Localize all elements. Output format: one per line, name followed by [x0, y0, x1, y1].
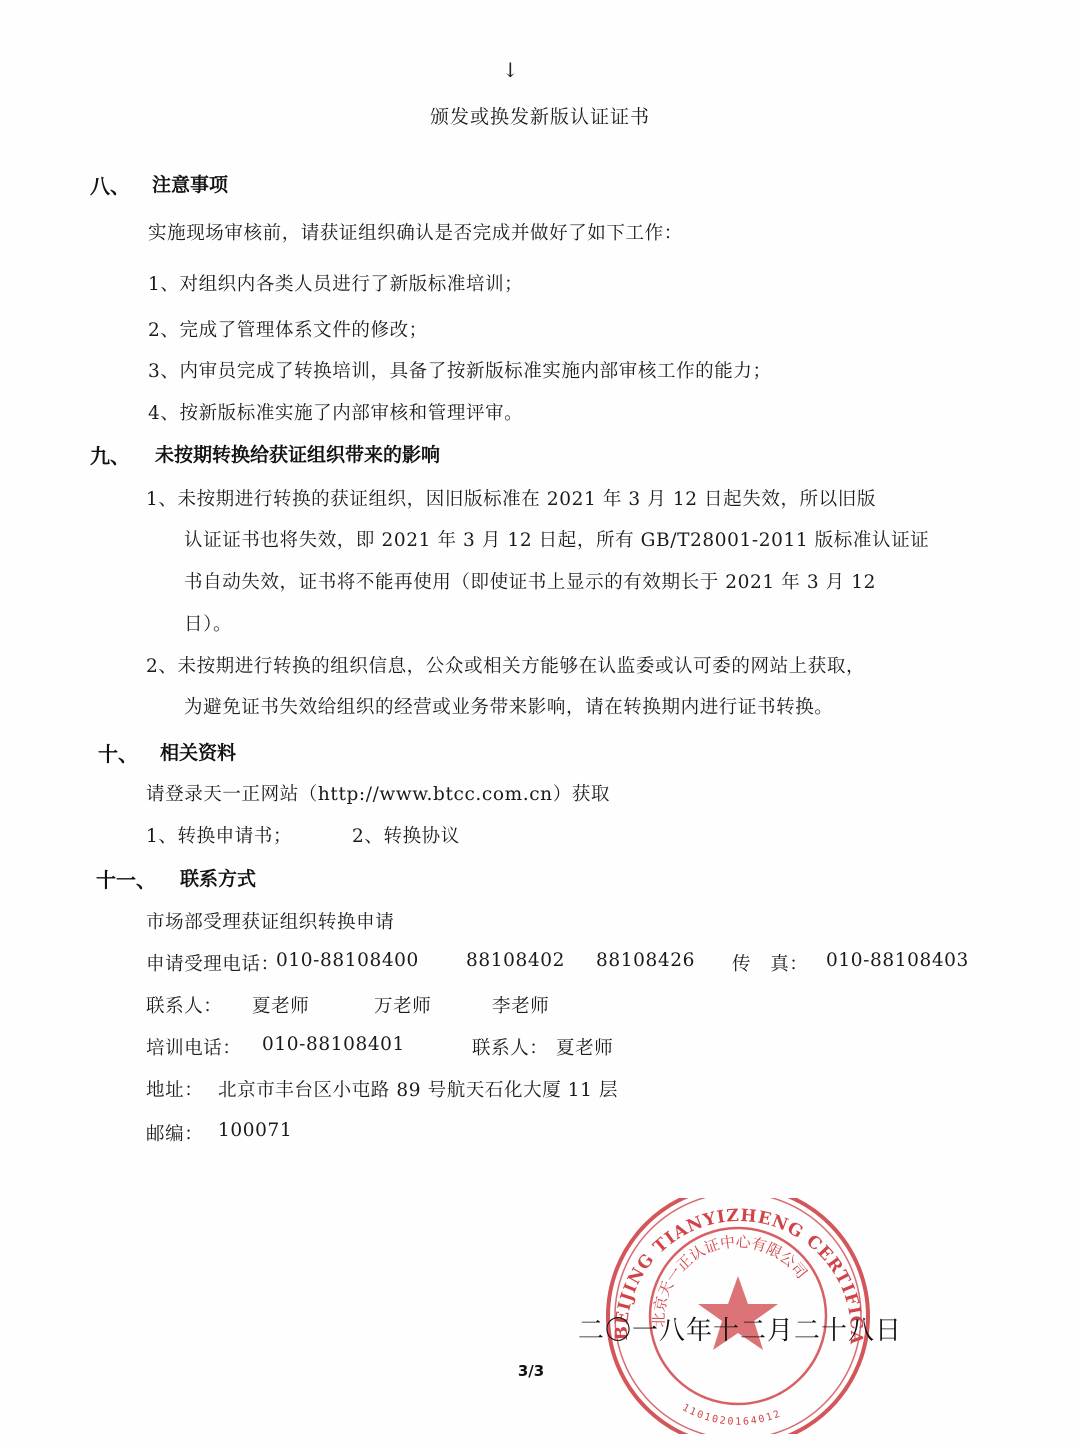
training-phone: 010-88108401 — [262, 1034, 405, 1055]
contact-3: 李老师 — [492, 992, 549, 1018]
document-page: ↓ 颁发或换发新版认证证书 八、 注意事项 实施现场审核前，请获证组织确认是否完… — [0, 0, 1080, 1446]
section-8-intro: 实施现场审核前，请获证组织确认是否完成并做好了如下工作： — [148, 219, 683, 245]
section-8-item-3: 3、内审员完成了转换培训，具备了按新版标准实施内部审核工作的能力； — [148, 357, 772, 383]
contact-1: 夏老师 — [252, 992, 309, 1018]
postcode-label: 邮编： — [146, 1120, 203, 1146]
fax-number: 010-88108403 — [826, 950, 969, 971]
page-number: 3/3 — [0, 1362, 1062, 1380]
flowchart-final-step: 颁发或换发新版认证证书 — [0, 102, 1080, 129]
section-11-number: 十一、 — [96, 864, 156, 893]
section-9-number: 九、 — [90, 440, 130, 469]
training-contact-label: 联系人： — [472, 1034, 548, 1060]
training-contact: 夏老师 — [556, 1034, 613, 1060]
section-8-title: 注意事项 — [152, 170, 228, 197]
contacts-label: 联系人： — [146, 992, 222, 1018]
doc-item-2: 2、转换协议 — [352, 822, 460, 848]
section-9-title: 未按期转换给获证组织带来的影响 — [155, 440, 440, 467]
section-10-title: 相关资料 — [160, 738, 236, 765]
section-9-item-1-line-3: 书自动失效，证书将不能再使用（即使证书上显示的有效期长于 2021 年 3 月 … — [184, 568, 876, 594]
training-phone-label: 培训电话： — [146, 1034, 242, 1060]
phone-1: 010-88108400 — [276, 950, 419, 971]
phone-label: 申请受理电话： — [146, 950, 280, 976]
contact-2: 万老师 — [374, 992, 431, 1018]
address-label: 地址： — [146, 1076, 203, 1102]
section-8-number: 八、 — [90, 170, 130, 199]
section-8-item-1: 1、对组织内各类人员进行了新版标准培训； — [148, 270, 523, 296]
section-10-number: 十、 — [98, 738, 138, 767]
phone-3: 88108426 — [596, 950, 695, 971]
phone-2: 88108402 — [466, 950, 565, 971]
section-9-item-1-line-1: 1、未按期进行转换的获证组织，因旧版标准在 2021 年 3 月 12 日起失效… — [146, 485, 876, 511]
address-value: 北京市丰台区小屯路 89 号航天石化大厦 11 层 — [218, 1076, 618, 1102]
section-8-item-2: 2、完成了管理体系文件的修改； — [148, 316, 428, 342]
signature-date: 二〇一八年十二月二十八日 — [578, 1310, 902, 1347]
postcode-value: 100071 — [218, 1120, 292, 1141]
department-line: 市场部受理获证组织转换申请 — [146, 908, 394, 934]
section-9-item-1-line-4: 日）。 — [184, 610, 232, 636]
website-line: 请登录天一正网站（http://www.btcc.com.cn）获取 — [146, 780, 610, 806]
section-9-item-2-line-1: 2、未按期进行转换的组织信息，公众或相关方能够在认监委或认可委的网站上获取， — [146, 652, 865, 678]
down-arrow-icon: ↓ — [502, 58, 519, 82]
fax-label: 传 真： — [732, 950, 808, 976]
section-11-title: 联系方式 — [180, 864, 256, 891]
section-9-item-1-line-2: 认证证书也将失效，即 2021 年 3 月 12 日起，所有 GB/T28001… — [184, 526, 929, 552]
section-8-item-4: 4、按新版标准实施了内部审核和管理评审。 — [148, 399, 523, 425]
section-9-item-2-line-2: 为避免证书失效给组织的经营或业务带来影响，请在转换期内进行证书转换。 — [184, 693, 833, 719]
svg-text:1101020164012: 1101020164012 — [680, 1402, 783, 1427]
doc-item-1: 1、转换申请书； — [146, 822, 292, 848]
